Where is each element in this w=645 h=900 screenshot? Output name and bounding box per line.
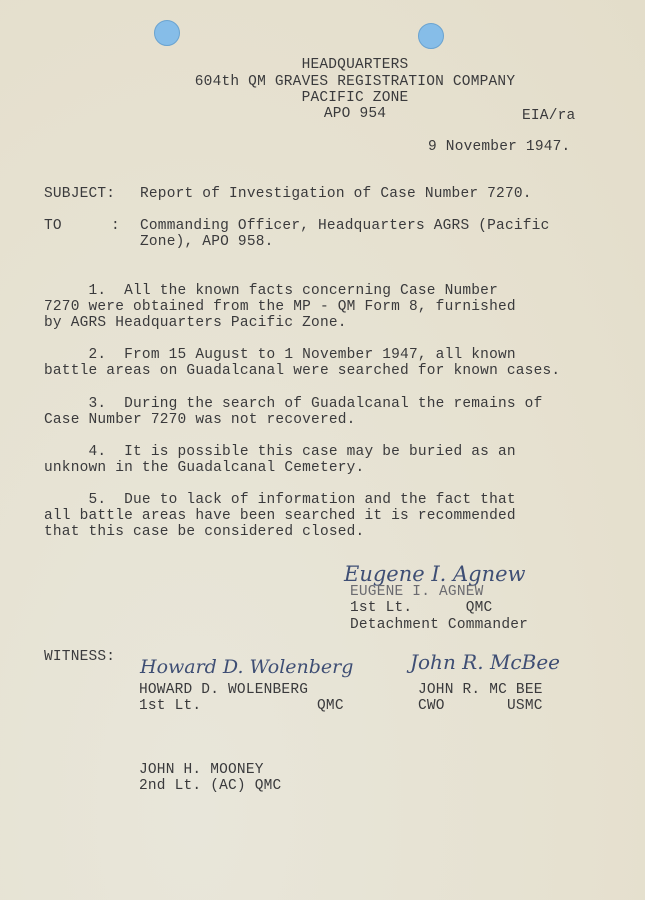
letterhead-line-4: APO 954 [120, 106, 590, 122]
paragraph-line: 2. From 15 August to 1 November 1947, al… [44, 347, 516, 363]
signatory-rank: 1st Lt. QMC [350, 600, 492, 616]
witness-2-rank: CWO USMC [418, 698, 543, 714]
paragraph-line: battle areas on Guadalcanal were searche… [44, 363, 560, 379]
paragraph-line: 5. Due to lack of information and the fa… [44, 492, 516, 508]
witness-1-rank: 1st Lt. QMC [139, 698, 344, 714]
witness-2-name: JOHN R. MC BEE [418, 682, 543, 698]
witness-3-name: JOHN H. MOONEY [139, 762, 264, 778]
paragraph-line: 3. During the search of Guadalcanal the … [44, 396, 542, 412]
punch-hole-right [418, 23, 444, 49]
letterhead-line-1: HEADQUARTERS [120, 57, 590, 73]
signatory-title: Detachment Commander [350, 617, 528, 633]
paragraph-line: unknown in the Guadalcanal Cemetery. [44, 460, 364, 476]
signatory-name: EUGENE I. AGNEW [350, 584, 484, 600]
subject-text: Report of Investigation of Case Number 7… [140, 186, 532, 202]
to-line-1: Commanding Officer, Headquarters AGRS (P… [140, 218, 549, 234]
to-colon: : [111, 218, 120, 234]
paragraph-line: 4. It is possible this case may be burie… [44, 444, 516, 460]
handwritten-signature: Eugene I. Agnew [344, 562, 526, 586]
witness-2-signature: John R. McBee [410, 650, 560, 674]
to-line-2: Zone), APO 958. [140, 234, 274, 250]
document-date: 9 November 1947. [428, 139, 570, 155]
letterhead-line-2: 604th QM GRAVES REGISTRATION COMPANY [120, 74, 590, 90]
to-label: TO [44, 218, 62, 234]
witness-3-rank: 2nd Lt. (AC) QMC [139, 778, 281, 794]
paragraph-line: that this case be considered closed. [44, 524, 364, 540]
subject-label: SUBJECT: [44, 186, 115, 202]
punch-hole-left [154, 20, 180, 46]
reference-initials: EIA/ra [522, 108, 575, 124]
paragraph-line: all battle areas have been searched it i… [44, 508, 516, 524]
witness-label: WITNESS: [44, 649, 115, 665]
document-page: HEADQUARTERS 604th QM GRAVES REGISTRATIO… [0, 0, 645, 900]
witness-1-name: HOWARD D. WOLENBERG [139, 682, 308, 698]
paragraph-line: Case Number 7270 was not recovered. [44, 412, 356, 428]
letterhead-line-3: PACIFIC ZONE [120, 90, 590, 106]
paragraph-line: 7270 were obtained from the MP - QM Form… [44, 299, 516, 315]
paragraph-line: by AGRS Headquarters Pacific Zone. [44, 315, 347, 331]
witness-1-signature: Howard D. Wolenberg [140, 656, 353, 678]
paragraph-line: 1. All the known facts concerning Case N… [44, 283, 498, 299]
